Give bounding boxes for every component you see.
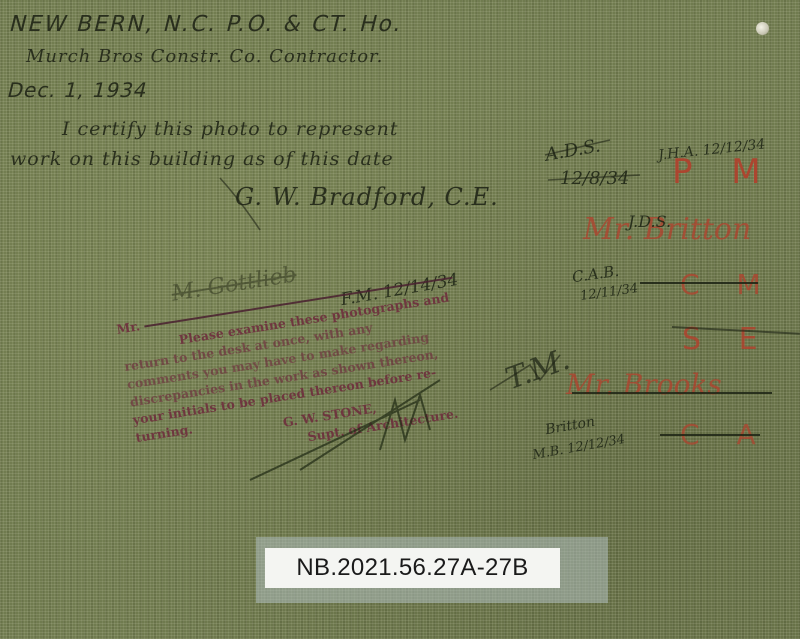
accession-label: NB.2021.56.27A-27B — [265, 548, 560, 588]
photo-verso: NEW BERN, N.C. P.O. & CT. Ho. Murch Bros… — [0, 0, 800, 639]
